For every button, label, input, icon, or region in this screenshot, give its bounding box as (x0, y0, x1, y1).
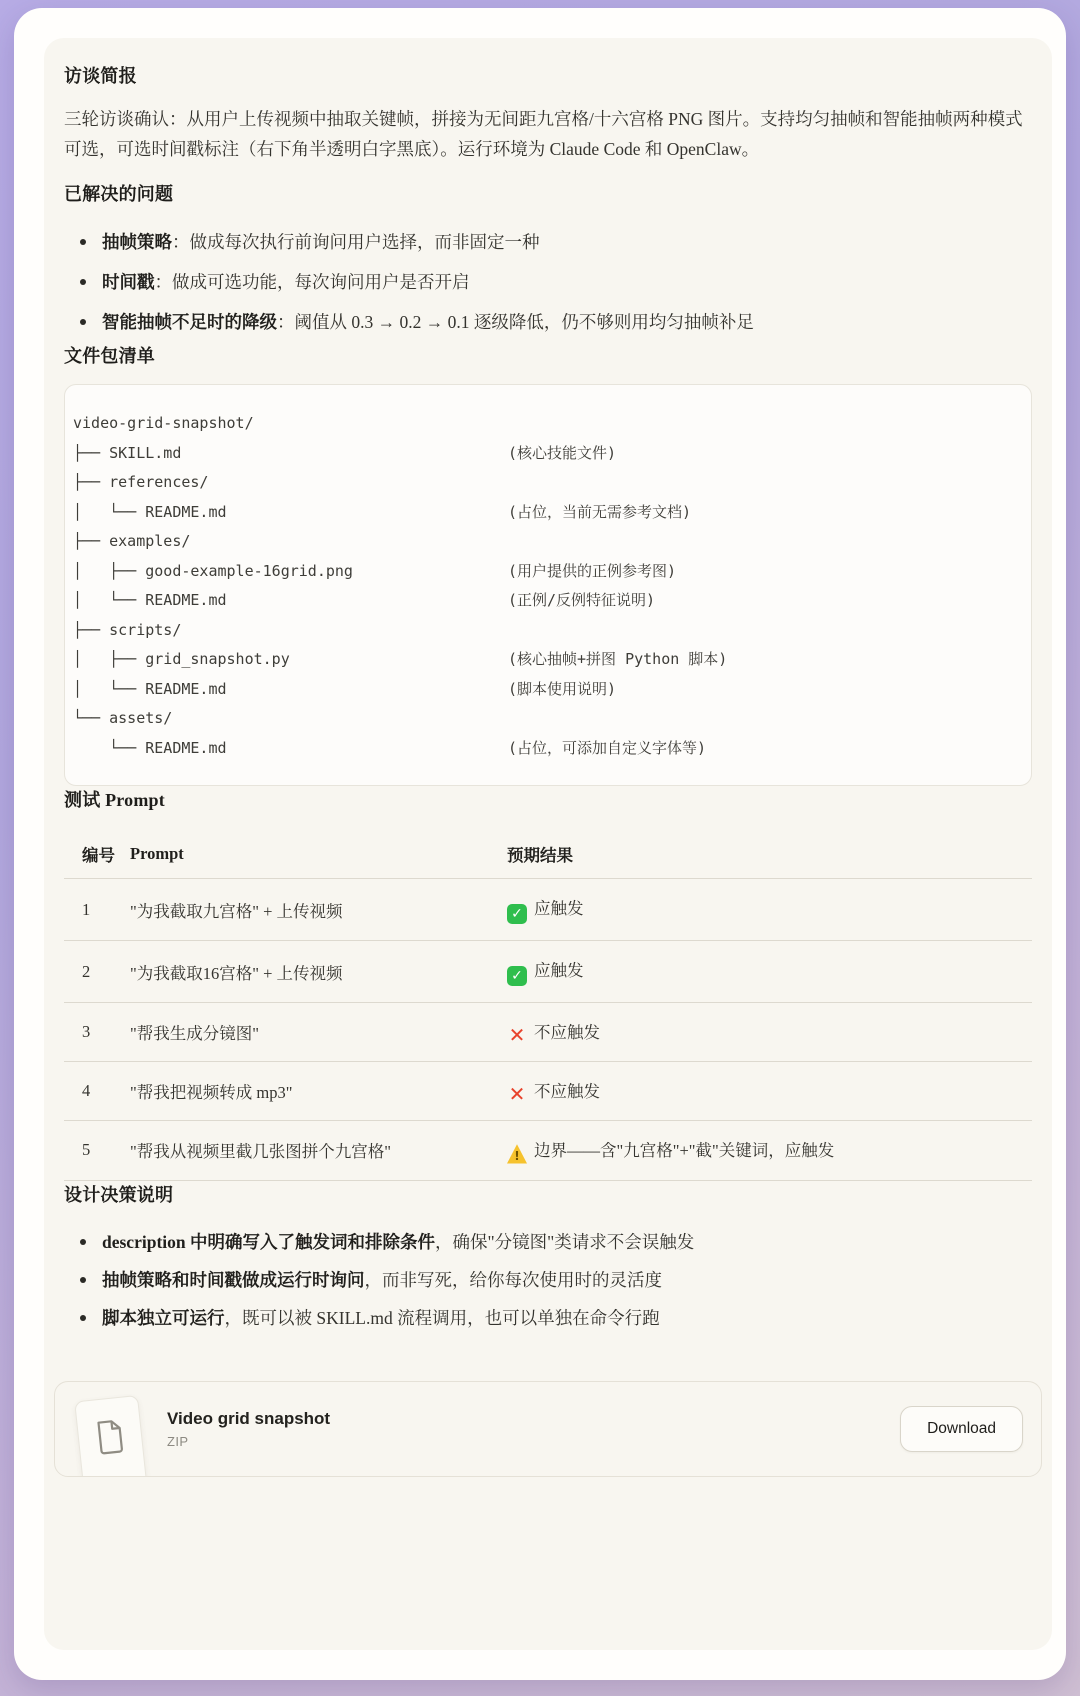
list-item-bold: 智能抽帧不足时的降级 (102, 312, 277, 332)
bullet-icon (80, 239, 86, 245)
tree-path: ├── scripts/ (73, 616, 508, 646)
bullet-icon (80, 279, 86, 285)
list-item-text: ：做成可选功能，每次询问用户是否开启 (155, 272, 470, 292)
tree-note (508, 704, 1017, 734)
tree-note (508, 527, 1017, 557)
download-button[interactable]: Download (900, 1406, 1023, 1452)
cell-prompt: "帮我生成分镜图" (130, 1003, 507, 1062)
list-item-text: ，既可以被 SKILL.md 流程调用，也可以单独在命令行跑 (225, 1308, 660, 1328)
tree-path: │ ├── good-example-16grid.png (73, 557, 508, 587)
cell-id: 2 (64, 941, 130, 1003)
tree-path: │ ├── grid_snapshot.py (73, 645, 508, 675)
tree-note: (用户提供的正例参考图) (508, 557, 1017, 587)
markdown-body: 访谈简报 三轮访谈确认：从用户上传视频中抽取关键帧，拼接为无间距九宫格/十六宫格… (54, 62, 1042, 1337)
list-item-text: ，而非写死，给你每次使用时的灵活度 (365, 1270, 663, 1290)
attachment-thumbnail (55, 1382, 159, 1476)
list-item-text: ：做成每次执行前询问用户选择，而非固定一种 (172, 232, 540, 252)
tree-note: (核心技能文件) (508, 439, 1017, 469)
tree-note: (正例/反例特征说明) (508, 586, 1017, 616)
attachment-card[interactable]: Video grid snapshot ZIP Download (54, 1381, 1042, 1477)
list-item-text: ，确保"分镜图"类请求不会误触发 (435, 1232, 694, 1252)
file-tree-line: ├── references/ (73, 468, 1017, 498)
bullet-icon (80, 1239, 86, 1245)
file-tree-line: │ ├── good-example-16grid.png(用户提供的正例参考图… (73, 557, 1017, 587)
list-item-bold: 抽帧策略和时间戳做成运行时询问 (102, 1270, 365, 1290)
cell-result: 边界——含"九宫格"+"截"关键词，应触发 (507, 1121, 1032, 1181)
list-item: 抽帧策略和时间戳做成运行时询问，而非写死，给你每次使用时的灵活度 (64, 1261, 1032, 1299)
table-row: 2 "为我截取16宫格" + 上传视频 应触发 (64, 941, 1032, 1003)
column-header-result: 预期结果 (507, 828, 1032, 879)
cell-id: 3 (64, 1003, 130, 1062)
attachment-title: Video grid snapshot (167, 1409, 330, 1429)
tree-note: (占位，可添加自定义字体等) (508, 734, 1017, 764)
list-item-text: ：阈值从 0.3 → 0.2 → 0.1 逐级降低，仍不够则用均匀抽帧补足 (277, 312, 754, 332)
tree-note: (占位，当前无需参考文档) (508, 498, 1017, 528)
table-row: 4 "帮我把视频转成 mp3" 不应触发 (64, 1062, 1032, 1121)
column-header-id: 编号 (64, 828, 130, 879)
list-item-bold: 抽帧策略 (102, 232, 172, 252)
cross-icon (507, 1025, 527, 1045)
section-heading-test-prompt: 测试 Prompt (64, 786, 1032, 812)
file-preview-tile (74, 1394, 148, 1475)
file-tree-line: │ └── README.md(脚本使用说明) (73, 675, 1017, 705)
cell-prompt: "帮我把视频转成 mp3" (130, 1062, 507, 1121)
bullet-icon (80, 1315, 86, 1321)
cell-result: 不应触发 (507, 1062, 1032, 1121)
table-row: 3 "帮我生成分镜图" 不应触发 (64, 1003, 1032, 1062)
file-tree-line: ├── examples/ (73, 527, 1017, 557)
list-item: 智能抽帧不足时的降级：阈值从 0.3 → 0.2 → 0.1 逐级降低，仍不够则… (64, 302, 1032, 342)
tree-note (508, 409, 1017, 439)
file-tree-line: │ ├── grid_snapshot.py(核心抽帧+拼图 Python 脚本… (73, 645, 1017, 675)
file-tree-line: │ └── README.md(占位，当前无需参考文档) (73, 498, 1017, 528)
file-tree-line: └── assets/ (73, 704, 1017, 734)
tree-path: │ └── README.md (73, 498, 508, 528)
document-content: 访谈简报 三轮访谈确认：从用户上传视频中抽取关键帧，拼接为无间距九宫格/十六宫格… (44, 38, 1052, 1650)
file-tree-line: ├── scripts/ (73, 616, 1017, 646)
tree-path: ├── references/ (73, 468, 508, 498)
tree-note (508, 616, 1017, 646)
cell-prompt: "帮我从视频里截几张图拼个九宫格" (130, 1121, 507, 1181)
cell-result: 应触发 (507, 941, 1032, 1003)
check-icon (507, 904, 527, 924)
column-header-prompt: Prompt (130, 828, 507, 879)
bullet-icon (80, 319, 86, 325)
tree-path: │ └── README.md (73, 586, 508, 616)
result-text: 不应触发 (534, 1023, 600, 1042)
list-item-bold: 脚本独立可运行 (102, 1308, 225, 1328)
cell-id: 4 (64, 1062, 130, 1121)
check-icon (507, 966, 527, 986)
file-tree-line: └── README.md(占位，可添加自定义字体等) (73, 734, 1017, 764)
cell-prompt: "为我截取16宫格" + 上传视频 (130, 941, 507, 1003)
file-tree-code-block: video-grid-snapshot/ ├── SKILL.md(核心技能文件… (64, 384, 1032, 786)
list-item-bold: description 中明确写入了触发词和排除条件 (102, 1232, 435, 1252)
attachment-meta: Video grid snapshot ZIP (167, 1409, 330, 1449)
attachment-filetype-badge: ZIP (167, 1434, 330, 1449)
test-prompt-table: 编号 Prompt 预期结果 1 "为我截取九宫格" + 上传视频 应触发 2 (64, 828, 1032, 1181)
list-item: 抽帧策略：做成每次执行前询问用户选择，而非固定一种 (64, 222, 1032, 262)
warning-icon (507, 1144, 527, 1164)
result-text: 应触发 (534, 899, 584, 918)
cell-result: 应触发 (507, 879, 1032, 941)
cell-prompt: "为我截取九宫格" + 上传视频 (130, 879, 507, 941)
section-heading-design-decisions: 设计决策说明 (64, 1181, 1032, 1207)
tree-path: └── README.md (73, 734, 508, 764)
section-heading-resolved-issues: 已解决的问题 (64, 180, 1032, 206)
table-row: 1 "为我截取九宫格" + 上传视频 应触发 (64, 879, 1032, 941)
tree-path: ├── examples/ (73, 527, 508, 557)
list-item: description 中明确写入了触发词和排除条件，确保"分镜图"类请求不会误… (64, 1223, 1032, 1261)
file-tree-line: video-grid-snapshot/ (73, 409, 1017, 439)
file-tree-line: │ └── README.md(正例/反例特征说明) (73, 586, 1017, 616)
document-card: 访谈简报 三轮访谈确认：从用户上传视频中抽取关键帧，拼接为无间距九宫格/十六宫格… (14, 8, 1066, 1680)
document-icon (94, 1418, 125, 1455)
list-item-bold: 时间戳 (102, 272, 155, 292)
tree-note: (核心抽帧+拼图 Python 脚本) (508, 645, 1017, 675)
resolved-issues-list: 抽帧策略：做成每次执行前询问用户选择，而非固定一种 时间戳：做成可选功能，每次询… (64, 222, 1032, 342)
cell-id: 1 (64, 879, 130, 941)
tree-path: │ └── README.md (73, 675, 508, 705)
tree-path: └── assets/ (73, 704, 508, 734)
tree-note: (脚本使用说明) (508, 675, 1017, 705)
list-item: 时间戳：做成可选功能，每次询问用户是否开启 (64, 262, 1032, 302)
file-tree-line: ├── SKILL.md(核心技能文件) (73, 439, 1017, 469)
tree-note (508, 468, 1017, 498)
section-heading-package-list: 文件包清单 (64, 342, 1032, 368)
list-item: 脚本独立可运行，既可以被 SKILL.md 流程调用，也可以单独在命令行跑 (64, 1299, 1032, 1337)
bullet-icon (80, 1277, 86, 1283)
interview-brief-paragraph: 三轮访谈确认：从用户上传视频中抽取关键帧，拼接为无间距九宫格/十六宫格 PNG … (64, 104, 1032, 164)
result-text: 边界——含"九宫格"+"截"关键词，应触发 (534, 1141, 834, 1160)
table-row: 5 "帮我从视频里截几张图拼个九宫格" 边界——含"九宫格"+"截"关键词，应触… (64, 1121, 1032, 1181)
cell-id: 5 (64, 1121, 130, 1181)
result-text: 应触发 (534, 961, 584, 980)
result-text: 不应触发 (534, 1082, 600, 1101)
cell-result: 不应触发 (507, 1003, 1032, 1062)
design-decisions-list: description 中明确写入了触发词和排除条件，确保"分镜图"类请求不会误… (64, 1223, 1032, 1337)
section-heading-interview-brief: 访谈简报 (64, 62, 1032, 88)
table-header-row: 编号 Prompt 预期结果 (64, 828, 1032, 879)
tree-path: ├── SKILL.md (73, 439, 508, 469)
cross-icon (507, 1084, 527, 1104)
tree-path: video-grid-snapshot/ (73, 409, 508, 439)
page-background: 访谈简报 三轮访谈确认：从用户上传视频中抽取关键帧，拼接为无间距九宫格/十六宫格… (0, 0, 1080, 1696)
